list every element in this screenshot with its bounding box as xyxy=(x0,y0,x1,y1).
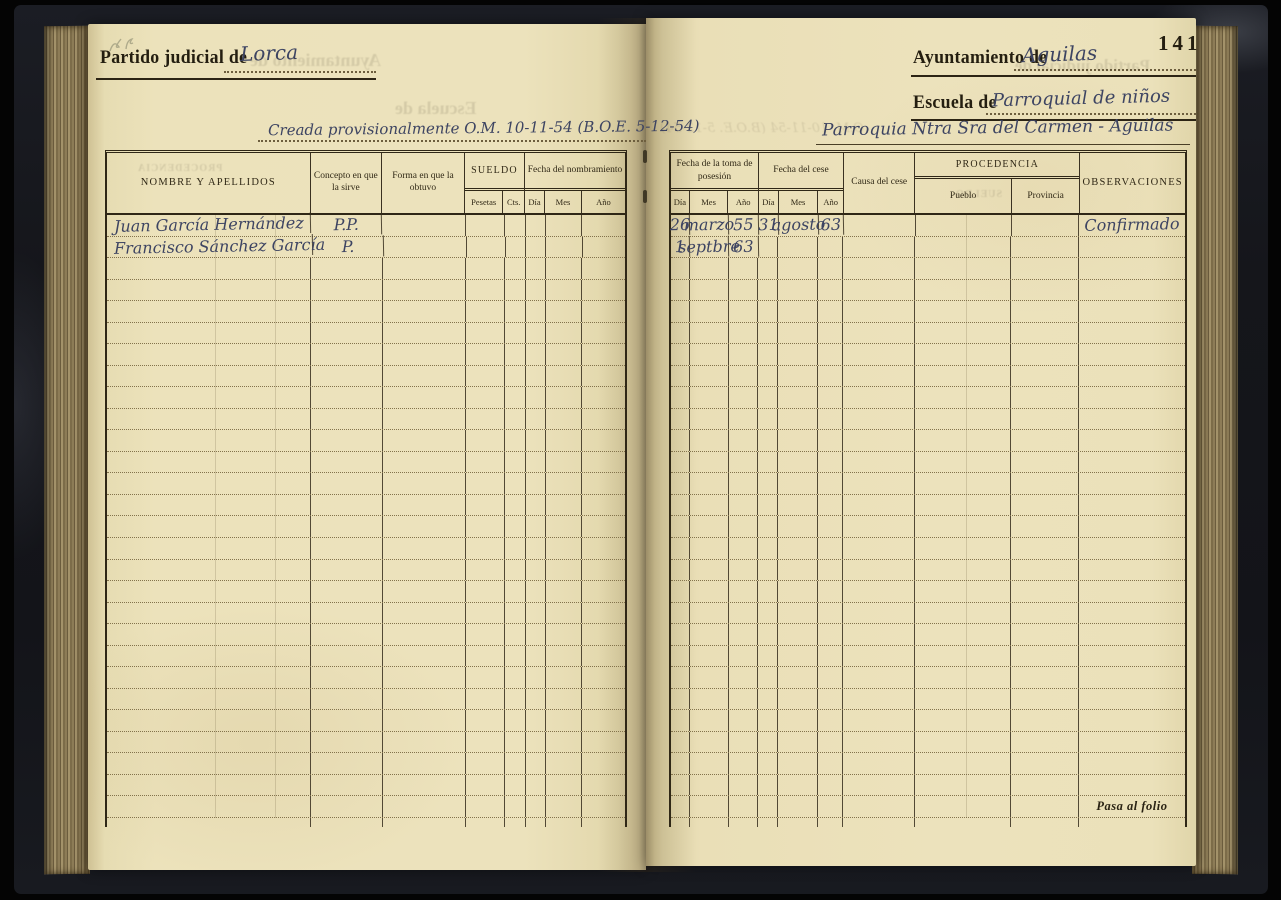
cell-ano_cese xyxy=(818,689,843,710)
cell-ano_pos xyxy=(729,495,759,516)
cell-ano xyxy=(582,280,625,301)
cell-mes_pos xyxy=(690,689,729,710)
cell-overhang xyxy=(671,818,690,827)
cell-ano xyxy=(582,732,625,753)
cell-ano_pos xyxy=(729,581,759,602)
bleedthrough-line xyxy=(275,215,276,818)
cell-observaciones xyxy=(1079,516,1185,537)
right-table-header: Fecha de la toma de posesión Día Mes Año… xyxy=(671,153,1185,215)
cell-mes_pos xyxy=(690,603,729,624)
table-row xyxy=(671,710,1185,732)
table-row xyxy=(671,495,1185,517)
cell-mes_pos xyxy=(690,366,729,387)
cell-observaciones xyxy=(1079,323,1185,344)
cell-mes_pos xyxy=(690,280,729,301)
cell-causa xyxy=(843,516,915,537)
cell-nombre xyxy=(107,301,311,322)
table-row: 26marzo5531agosto63Confirmado xyxy=(671,215,1185,237)
cell-observaciones xyxy=(1079,667,1185,688)
bleedthrough-line xyxy=(215,215,216,818)
cell-mes xyxy=(546,538,583,559)
cell-dia_cese xyxy=(758,775,778,796)
cell-concepto: P. xyxy=(313,235,384,257)
cell-ano_pos xyxy=(729,560,759,581)
cell-pueblo xyxy=(915,538,1011,559)
cell-forma xyxy=(383,323,466,344)
cell-dia xyxy=(526,237,546,258)
cell-dia_cese xyxy=(758,796,778,817)
cell-provincia xyxy=(1011,323,1078,344)
cell-forma xyxy=(383,775,466,796)
cell-causa xyxy=(843,560,915,581)
table-row xyxy=(671,603,1185,625)
cell-overhang xyxy=(1011,818,1078,827)
cell-ano_cese xyxy=(818,603,843,624)
cell-ano xyxy=(582,344,625,365)
cell-forma xyxy=(384,237,467,258)
cell-ano_cese xyxy=(818,452,843,473)
cell-forma xyxy=(383,538,466,559)
cell-ano xyxy=(582,560,625,581)
cell-observaciones xyxy=(1079,581,1185,602)
cell-observaciones xyxy=(1079,387,1185,408)
cell-forma xyxy=(383,366,466,387)
cell-mes_cese xyxy=(778,323,818,344)
cell-nombre xyxy=(107,646,311,667)
cell-mes_cese: agosto xyxy=(778,214,818,235)
cell-cts xyxy=(505,753,526,774)
cell-mes_pos xyxy=(690,581,729,602)
cell-dia_cese xyxy=(758,323,778,344)
table-row: Francisco Sánchez GarcíaP. xyxy=(107,237,625,259)
cell-nombre xyxy=(107,430,311,451)
cell-dia xyxy=(526,560,546,581)
cell-provincia xyxy=(1011,775,1078,796)
cell-concepto xyxy=(311,516,382,537)
header-toma-posesion: Fecha de la toma de posesión xyxy=(671,153,758,191)
cell-dia_pos xyxy=(671,280,690,301)
cell-provincia xyxy=(1011,366,1078,387)
cell-mes_pos xyxy=(690,775,729,796)
cell-pesetas xyxy=(466,473,505,494)
cell-pesetas xyxy=(466,344,505,365)
cell-forma xyxy=(383,624,466,645)
table-row xyxy=(671,732,1185,754)
cell-ano_cese xyxy=(818,473,843,494)
cell-concepto xyxy=(311,366,382,387)
header-group-procedencia: PROCEDENCIA Pueblo Provincia SUELDO xyxy=(915,153,1080,213)
cell-observaciones xyxy=(1079,753,1185,774)
cell-ano_cese xyxy=(818,624,843,645)
cell-cts xyxy=(505,258,526,279)
cell-ano_cese xyxy=(818,538,843,559)
header-pesetas: Pesetas xyxy=(465,191,503,213)
cell-observaciones xyxy=(1079,646,1185,667)
cell-causa xyxy=(843,237,915,258)
cell-cts xyxy=(505,366,526,387)
cell-ano_cese xyxy=(818,581,843,602)
cell-dia_pos xyxy=(671,560,690,581)
cell-dia_cese xyxy=(758,689,778,710)
cell-pueblo xyxy=(915,732,1011,753)
cell-causa xyxy=(843,409,915,430)
cell-ano_cese xyxy=(818,775,843,796)
cell-dia xyxy=(526,581,546,602)
cell-provincia xyxy=(1011,667,1078,688)
cell-mes xyxy=(546,344,583,365)
table-row xyxy=(671,409,1185,431)
cell-provincia xyxy=(1011,581,1078,602)
cell-dia_pos xyxy=(671,258,690,279)
table-row xyxy=(671,473,1185,495)
cell-dia_pos xyxy=(671,323,690,344)
cell-forma xyxy=(383,258,466,279)
cell-cts xyxy=(505,560,526,581)
cell-forma xyxy=(383,516,466,537)
cell-forma xyxy=(383,581,466,602)
cell-concepto xyxy=(311,323,382,344)
cell-causa xyxy=(843,646,915,667)
cell-pueblo xyxy=(915,323,1011,344)
cell-ano xyxy=(582,775,625,796)
cell-pesetas xyxy=(466,603,505,624)
cell-dia xyxy=(526,280,546,301)
cell-dia xyxy=(526,366,546,387)
cell-causa xyxy=(843,775,915,796)
cell-mes xyxy=(546,366,583,387)
cell-ano_pos xyxy=(729,603,759,624)
cell-ano_pos xyxy=(729,409,759,430)
cell-ano xyxy=(582,753,625,774)
cell-forma xyxy=(383,280,466,301)
cell-mes xyxy=(546,624,583,645)
bleedthrough-text: SUELDO xyxy=(955,189,1002,200)
cell-dia_cese xyxy=(758,710,778,731)
cell-forma xyxy=(383,344,466,365)
cell-concepto xyxy=(311,538,382,559)
cell-mes_pos xyxy=(690,560,729,581)
table-row xyxy=(107,710,625,732)
cell-concepto xyxy=(311,624,382,645)
cell-observaciones xyxy=(1079,301,1185,322)
cell-mes_pos xyxy=(690,258,729,279)
cell-ano_pos xyxy=(729,280,759,301)
cell-nombre xyxy=(107,710,311,731)
cell-ano xyxy=(582,667,625,688)
cell-dia_cese xyxy=(758,473,778,494)
cell-ano_pos: 63 xyxy=(729,235,759,256)
cell-dia_cese xyxy=(758,753,778,774)
cell-forma xyxy=(383,603,466,624)
cell-mes_cese xyxy=(778,344,818,365)
cell-causa xyxy=(843,473,915,494)
cell-dia xyxy=(526,775,546,796)
header-group-cese: Fecha del cese Día Mes Año xyxy=(759,153,844,213)
cell-ano_pos xyxy=(729,710,759,731)
cell-ano_cese: 63 xyxy=(818,214,843,235)
cell-observaciones xyxy=(1079,495,1185,516)
cell-mes xyxy=(546,323,583,344)
cell-cts xyxy=(505,581,526,602)
right-register-table: Fecha de la toma de posesión Día Mes Año… xyxy=(669,150,1187,827)
table-row xyxy=(107,366,625,388)
cell-mes_pos xyxy=(690,495,729,516)
cell-dia xyxy=(526,796,546,817)
left-table-header: NOMBRE Y APELLIDOS PROCEDENCIA Concepto … xyxy=(107,153,625,215)
cell-mes_pos xyxy=(690,387,729,408)
cell-mes_pos: marzo xyxy=(690,214,729,235)
cell-mes_cese xyxy=(778,667,818,688)
cell-observaciones xyxy=(1079,473,1185,494)
cell-mes xyxy=(546,581,583,602)
cell-pueblo xyxy=(915,258,1011,279)
header-fecha-nombramiento: Fecha del nombramiento xyxy=(525,153,625,191)
cell-pesetas xyxy=(466,452,505,473)
cell-ano_cese xyxy=(818,344,843,365)
cell-provincia xyxy=(1011,430,1078,451)
cell-cts xyxy=(505,624,526,645)
cell-causa xyxy=(843,323,915,344)
cell-pesetas xyxy=(466,732,505,753)
cell-mes_cese xyxy=(778,753,818,774)
cell-dia_pos xyxy=(671,646,690,667)
cell-mes_pos xyxy=(690,323,729,344)
cell-mes_pos xyxy=(690,516,729,537)
cell-dia_pos xyxy=(671,732,690,753)
bleedthrough-text: O.M. 10-11-54 (B.O.E. 5-12-54) xyxy=(660,121,864,136)
cell-dia xyxy=(526,409,546,430)
cell-pueblo xyxy=(915,667,1011,688)
cell-nombre xyxy=(107,366,311,387)
table-row xyxy=(107,538,625,560)
bleedthrough-line xyxy=(966,215,967,818)
cell-provincia xyxy=(1011,710,1078,731)
cell-pesetas xyxy=(466,366,505,387)
cell-ano_pos xyxy=(729,732,759,753)
cell-dia_cese xyxy=(759,237,779,258)
cell-overhang xyxy=(505,818,526,827)
cell-dia_pos xyxy=(671,409,690,430)
cell-causa xyxy=(843,344,915,365)
cell-dia_cese xyxy=(758,667,778,688)
cell-ano xyxy=(582,387,625,408)
cell-ano_cese xyxy=(818,409,843,430)
cell-cts xyxy=(505,796,526,817)
cell-mes xyxy=(546,646,583,667)
cell-cts xyxy=(505,603,526,624)
cell-ano xyxy=(582,301,625,322)
cell-pueblo xyxy=(915,646,1011,667)
cell-mes xyxy=(546,280,583,301)
cell-dia_pos xyxy=(671,603,690,624)
cell-pesetas xyxy=(466,258,505,279)
note-underline xyxy=(258,140,646,142)
table-row xyxy=(671,753,1185,775)
table-row xyxy=(107,409,625,431)
cell-dia xyxy=(526,516,546,537)
cell-mes_pos: septbre xyxy=(690,235,729,256)
cell-mes_pos xyxy=(690,796,729,817)
cell-dia_cese xyxy=(758,366,778,387)
table-row xyxy=(107,603,625,625)
cell-dia_cese xyxy=(758,581,778,602)
cell-ano xyxy=(582,581,625,602)
table-row xyxy=(107,473,625,495)
cell-dia_cese xyxy=(758,732,778,753)
cell-dia xyxy=(526,624,546,645)
cell-pesetas xyxy=(466,581,505,602)
cell-causa xyxy=(843,430,915,451)
table-row xyxy=(107,387,625,409)
table-row xyxy=(107,258,625,280)
cell-overhang xyxy=(107,818,311,827)
cell-concepto xyxy=(311,796,382,817)
cell-cts xyxy=(505,344,526,365)
cell-nombre xyxy=(107,560,311,581)
binding-stitch xyxy=(643,190,647,203)
cell-pueblo xyxy=(915,581,1011,602)
cell-ano_cese xyxy=(818,323,843,344)
cell-ano_pos xyxy=(729,753,759,774)
cell-provincia xyxy=(1011,237,1078,258)
cell-observaciones xyxy=(1079,409,1185,430)
cell-concepto xyxy=(311,387,382,408)
cell-pueblo xyxy=(915,366,1011,387)
cell-pueblo xyxy=(916,215,1012,236)
table-row xyxy=(671,667,1185,689)
cell-nombre xyxy=(107,538,311,559)
cell-nombre: Juan García Hernández xyxy=(107,212,312,236)
cell-ano_cese xyxy=(818,646,843,667)
cell-overhang xyxy=(758,818,778,827)
cell-forma xyxy=(383,495,466,516)
cell-mes_pos xyxy=(690,430,729,451)
cell-mes_cese xyxy=(778,452,818,473)
cell-mes xyxy=(546,430,583,451)
cell-pesetas xyxy=(466,430,505,451)
cell-causa xyxy=(843,710,915,731)
cell-concepto xyxy=(311,603,382,624)
table-row xyxy=(671,581,1185,603)
cell-nombre xyxy=(107,732,311,753)
cell-mes_cese xyxy=(778,516,818,537)
cell-ano_pos xyxy=(729,538,759,559)
cell-dia_pos xyxy=(671,753,690,774)
cell-pesetas xyxy=(466,387,505,408)
cell-mes_cese xyxy=(778,581,818,602)
cell-mes xyxy=(546,753,583,774)
cell-nombre xyxy=(107,516,311,537)
cell-ano xyxy=(582,409,625,430)
cell-forma xyxy=(383,473,466,494)
cell-cts xyxy=(505,473,526,494)
cell-pesetas xyxy=(466,215,505,236)
cell-causa xyxy=(843,495,915,516)
cell-ano xyxy=(582,323,625,344)
cell-ano xyxy=(582,452,625,473)
cell-mes xyxy=(546,495,583,516)
cell-mes_cese xyxy=(778,646,818,667)
cell-dia xyxy=(526,603,546,624)
table-row xyxy=(671,258,1185,280)
cell-dia_cese xyxy=(758,430,778,451)
cell-cts xyxy=(505,516,526,537)
folio-number: 141 xyxy=(1158,31,1202,56)
header-group-sueldo: SUELDO Pesetas Cts. xyxy=(465,153,525,213)
cell-causa xyxy=(843,603,915,624)
cell-dia xyxy=(526,473,546,494)
header-group-fecha-nombramiento: Fecha del nombramiento Día Mes Año xyxy=(525,153,625,213)
bleedthrough-text: PROCEDENCIA xyxy=(137,163,222,176)
cell-concepto xyxy=(311,301,382,322)
cell-ano xyxy=(582,366,625,387)
cell-pueblo xyxy=(915,430,1011,451)
cell-concepto xyxy=(311,710,382,731)
cell-pueblo xyxy=(915,775,1011,796)
cell-causa xyxy=(843,452,915,473)
table-overhang xyxy=(671,818,1185,827)
cell-pueblo xyxy=(915,301,1011,322)
cell-concepto xyxy=(311,775,382,796)
cell-concepto xyxy=(311,430,382,451)
cell-overhang xyxy=(690,818,729,827)
cell-mes xyxy=(546,452,583,473)
cell-ano_cese xyxy=(818,667,843,688)
cell-pesetas xyxy=(466,624,505,645)
cell-provincia xyxy=(1011,258,1078,279)
cell-cts xyxy=(505,452,526,473)
cell-causa xyxy=(843,796,915,817)
header-nombre-label: NOMBRE Y APELLIDOS xyxy=(141,176,276,189)
cell-observaciones xyxy=(1079,560,1185,581)
table-row xyxy=(107,689,625,711)
cell-ano xyxy=(582,603,625,624)
cell-mes_pos xyxy=(690,538,729,559)
cell-pueblo xyxy=(915,624,1011,645)
cell-ano_pos xyxy=(729,689,759,710)
cell-dia xyxy=(526,258,546,279)
cell-ano xyxy=(582,796,625,817)
cell-dia xyxy=(526,538,546,559)
cell-pesetas xyxy=(466,280,505,301)
cell-mes xyxy=(546,409,583,430)
table-row xyxy=(107,646,625,668)
left-table-body: Juan García HernándezP.P.Francisco Sánch… xyxy=(107,215,625,827)
cell-mes_cese xyxy=(778,732,818,753)
cell-pesetas xyxy=(466,667,505,688)
cell-provincia xyxy=(1011,344,1078,365)
cell-ano_cese xyxy=(818,753,843,774)
cell-pueblo xyxy=(915,689,1011,710)
header-observaciones: OBSERVACIONES xyxy=(1080,153,1185,213)
cell-pesetas xyxy=(466,775,505,796)
cell-provincia xyxy=(1011,753,1078,774)
cell-nombre xyxy=(107,581,311,602)
cell-mes_cese xyxy=(778,775,818,796)
cell-concepto xyxy=(311,646,382,667)
table-row xyxy=(671,366,1185,388)
cell-concepto xyxy=(311,560,382,581)
fill-in-line xyxy=(224,71,376,73)
cell-forma xyxy=(383,215,466,236)
cell-mes_cese xyxy=(778,538,818,559)
cell-observaciones: Pasa al folio xyxy=(1079,796,1185,817)
table-row xyxy=(107,323,625,345)
cell-provincia xyxy=(1011,560,1078,581)
cell-ano xyxy=(582,473,625,494)
cell-causa xyxy=(843,624,915,645)
cell-overhang xyxy=(843,818,915,827)
